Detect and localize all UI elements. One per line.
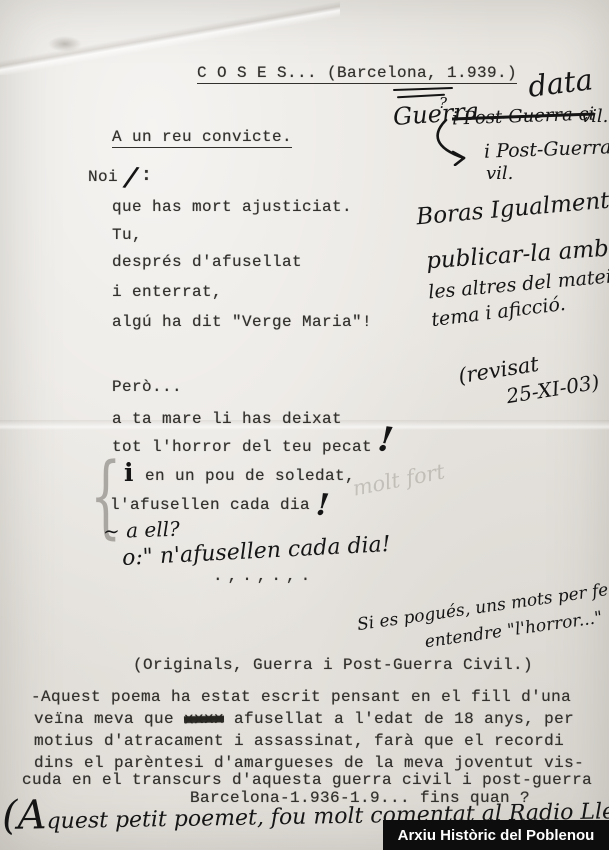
poem-line: Noi [88, 168, 118, 186]
scanned-document-page: C O S E S... (Barcelona, 1.939.) data ? … [0, 0, 609, 850]
handwritten-margin-note: Boras Igualment [415, 188, 609, 231]
poem-line: l'afusellen cada dia [110, 496, 310, 514]
poem-line: a ta mare li has deixat [112, 410, 342, 428]
paragraph-line: veïna meva que xxxx afusellat a l'edat d… [34, 710, 574, 728]
struck-out-word: xxxx [184, 710, 224, 729]
poem-line: que has mort ajusticiat. [112, 198, 352, 216]
poem-line: i enterrat, [112, 283, 222, 301]
paragraph-line: motius d'atracament i assassinat, farà q… [34, 732, 564, 750]
poem-line-colon: : [141, 166, 152, 186]
paper-damage-spot [48, 36, 82, 52]
handwritten-guerra-tail: vil. [581, 106, 608, 127]
document-title: C O S E S... (Barcelona, 1.939.) [197, 64, 517, 84]
paragraph-text: veïna meva que [34, 710, 184, 728]
handwritten-i-correction: i [124, 458, 134, 487]
origin-note: (Originals, Guerra i Post-Guerra Civil.) [133, 656, 533, 674]
handwritten-data-note: data [526, 62, 594, 104]
handwritten-stroke-mark: / [124, 161, 138, 193]
paragraph-line: cuda en el transcurs d'aquesta guerra ci… [22, 771, 592, 789]
pencil-margin-note: molt fort [351, 459, 447, 500]
handwritten-postguerra-note2: vil. [486, 163, 513, 184]
handwritten-arrow-icon [430, 118, 482, 166]
poem-line: després d'afusellat [112, 253, 302, 271]
handwritten-a-ell-note: ~ a ell? [103, 517, 181, 544]
poem-line: en un pou de soledat, [145, 467, 355, 485]
handwritten-underline-mark [397, 94, 445, 99]
archive-watermark-label: Arxiu Històric del Poblenou [398, 827, 595, 844]
handwritten-exclamation: ! [315, 488, 331, 524]
paragraph-text: afusellat a l'edat de 18 anys, per [224, 710, 574, 728]
handwritten-underline-mark [393, 87, 453, 91]
poem-line: tot l'horror del teu pecat [112, 438, 372, 456]
typed-punctuation-row: .,.,.,. [213, 567, 315, 585]
handwritten-postguerra-note: i Post-Guerra ci- [484, 135, 609, 162]
poem-heading: A un reu convicte. [112, 128, 292, 148]
paragraph-line: dins el parèntesi d'amargueses de la mev… [34, 754, 584, 772]
archive-watermark: Arxiu Històric del Poblenou [383, 820, 609, 850]
poem-line: Però... [112, 378, 182, 396]
poem-line: Tu, [112, 226, 142, 244]
paragraph-line: -Aquest poema ha estat escrit pensant en… [31, 688, 571, 706]
poem-line: algú ha dit "Verge Maria"! [112, 313, 372, 331]
